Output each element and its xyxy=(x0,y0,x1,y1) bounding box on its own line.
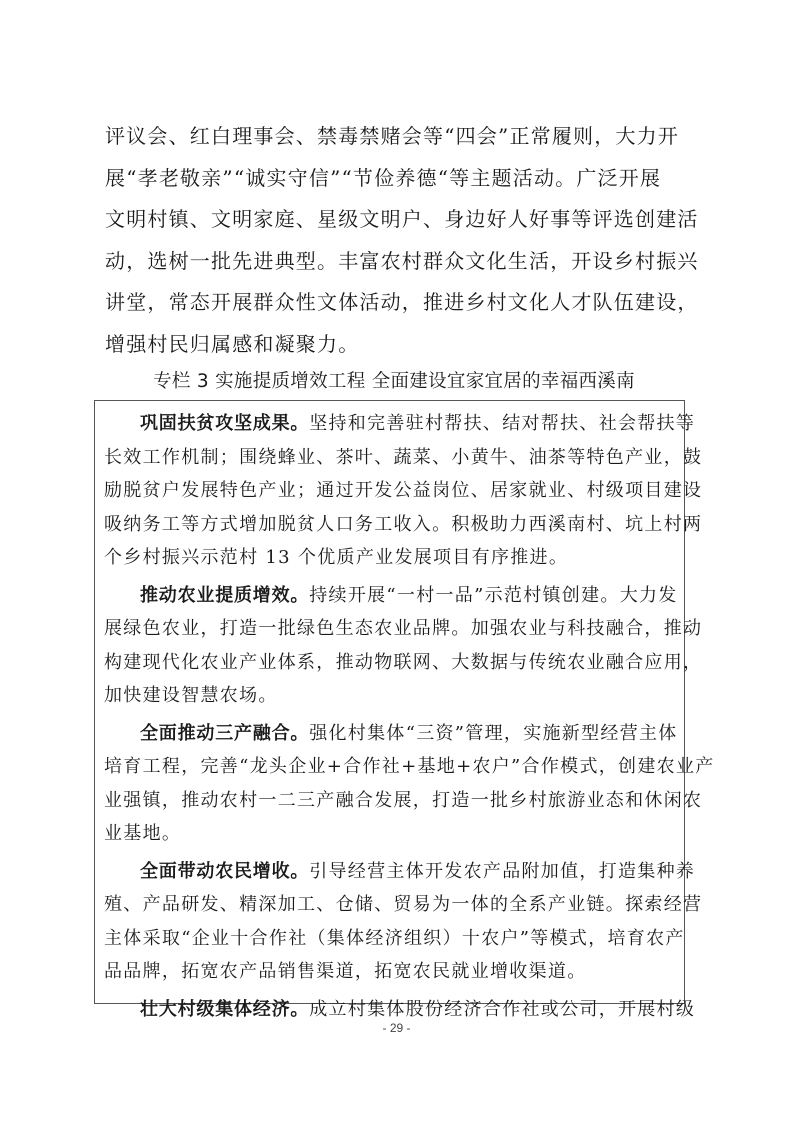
text-line: 个乡村振兴示范村 13 个优质产业发展项目有序推进。 xyxy=(104,541,684,575)
box-section-industry-fusion: 全面推动三产融合。强化村集体“三资”管理，实施新型经营主体 培育工程，完善“龙头… xyxy=(104,717,684,851)
text-line: 培育工程，完善“龙头企业+合作社+基地+农户”合作模式，创建农业产 xyxy=(104,750,684,784)
text-line: 业强镇，推动农村一二三产融合发展，打造一批乡村旅游业态和休闲农 xyxy=(104,784,684,818)
text-line: 展绿色农业，打造一批绿色生态农业品牌。加强农业与科技融合，推动 xyxy=(104,612,684,646)
section-heading: 推动农业提质增效。 xyxy=(140,585,309,606)
section-heading: 壮大村级集体经济。 xyxy=(140,999,309,1020)
section-text: 成立村集体股份经济合作社或公司，开展村级 xyxy=(309,999,695,1020)
section-heading: 全面带动农民增收。 xyxy=(140,861,309,882)
text-line: 长效工作机制；围绕蜂业、茶叶、蔬菜、小黄牛、油茶等特色产业，鼓 xyxy=(104,441,684,475)
text-line: 加快建设智慧农场。 xyxy=(104,679,684,713)
text-line: 评议会、红白理事会、禁毒禁赌会等“四会”正常履则，大力开 xyxy=(105,116,705,158)
box-section-agriculture: 推动农业提质增效。持续开展“一村一品”示范村镇创建。大力发 展绿色农业，打造一批… xyxy=(104,579,684,713)
section-text: 坚持和完善驻村帮扶、结对帮扶、社会帮扶等 xyxy=(309,413,695,434)
box-section-poverty: 巩固扶贫攻坚成果。坚持和完善驻村帮扶、结对帮扶、社会帮扶等 长效工作机制；围绕蜂… xyxy=(104,407,684,575)
section-text: 引导经营主体开发农产品附加值，打造集种养 xyxy=(309,861,695,882)
intro-paragraph: 评议会、红白理事会、禁毒禁赌会等“四会”正常履则，大力开 展“孝老敬亲”“诚实守… xyxy=(105,116,705,365)
text-line: 推动农业提质增效。持续开展“一村一品”示范村镇创建。大力发 xyxy=(104,579,684,613)
document-page: 评议会、红白理事会、禁毒禁赌会等“四会”正常履则，大力开 展“孝老敬亲”“诚实守… xyxy=(0,0,793,1122)
text-line: 讲堂，常态开展群众性文体活动，推进乡村文化人才队伍建设， xyxy=(105,282,705,324)
text-line: 殖、产品研发、精深加工、仓储、贸易为一体的全系产业链。探索经营 xyxy=(104,888,684,922)
text-line: 吸纳务工等方式增加脱贫人口务工收入。积极助力西溪南村、坑上村两 xyxy=(104,508,684,542)
text-line: 增强村民归属感和凝聚力。 xyxy=(105,324,705,366)
box-title: 专栏 3 实施提质增效工程 全面建设宜家宜居的幸福西溪南 xyxy=(94,368,694,396)
text-line: 文明村镇、文明家庭、星级文明户、身边好人好事等评选创建活 xyxy=(105,199,705,241)
text-line: 全面推动三产融合。强化村集体“三资”管理，实施新型经营主体 xyxy=(104,717,684,751)
box-section-farmer-income: 全面带动农民增收。引导经营主体开发农产品附加值，打造集种养 殖、产品研发、精深加… xyxy=(104,855,684,989)
text-line: 展“孝老敬亲”“诚实守信”“节俭养德“等主题活动。广泛开展 xyxy=(105,158,705,200)
section-text: 强化村集体“三资”管理，实施新型经营主体 xyxy=(309,723,677,744)
text-line: 全面带动农民增收。引导经营主体开发农产品附加值，打造集种养 xyxy=(104,855,684,889)
text-line: 业基地。 xyxy=(104,817,684,851)
text-line: 品品牌，拓宽农产品销售渠道，拓宽农民就业增收渠道。 xyxy=(104,955,684,989)
page-number: - 29 - xyxy=(0,1021,793,1035)
section-text: 持续开展“一村一品”示范村镇创建。大力发 xyxy=(309,585,677,606)
sidebar-box-content: 巩固扶贫攻坚成果。坚持和完善驻村帮扶、结对帮扶、社会帮扶等 长效工作机制；围绕蜂… xyxy=(104,407,684,1026)
text-line: 巩固扶贫攻坚成果。坚持和完善驻村帮扶、结对帮扶、社会帮扶等 xyxy=(104,407,684,441)
section-heading: 巩固扶贫攻坚成果。 xyxy=(140,413,309,434)
text-line: 动，选树一批先进典型。丰富农村群众文化生活，开设乡村振兴 xyxy=(105,241,705,283)
section-heading: 全面推动三产融合。 xyxy=(140,723,309,744)
text-line: 主体采取“企业十合作社（集体经济组织）十农户”等模式，培育农产 xyxy=(104,922,684,956)
text-line: 构建现代化农业产业体系，推动物联网、大数据与传统农业融合应用， xyxy=(104,646,684,680)
text-line: 励脱贫户发展特色产业；通过开发公益岗位、居家就业、村级项目建设 xyxy=(104,474,684,508)
